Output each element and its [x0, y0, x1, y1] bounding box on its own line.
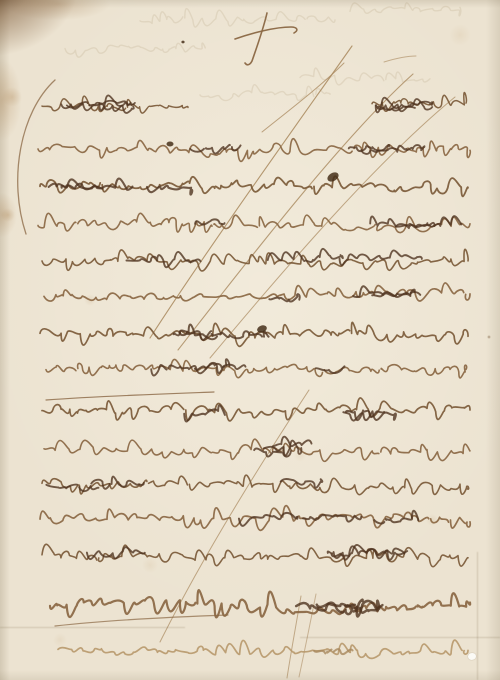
text-line-5-emphasis: [268, 249, 343, 262]
text-line-8: [46, 359, 467, 377]
text-line-3-emphasis: [49, 184, 103, 190]
text-line-13: [42, 544, 468, 566]
text-line-10: [44, 439, 470, 461]
underline-line-14: [55, 615, 228, 626]
text-line-8-emphasis: [151, 359, 229, 375]
text-line-14: [50, 590, 470, 617]
text-line-12-emphasis: [303, 515, 361, 522]
text-line-15: [58, 640, 468, 658]
ghost-line-2: [65, 43, 205, 57]
ghost-line-3: [350, 3, 461, 16]
manuscript-page: [0, 0, 500, 680]
text-line-8-emphasis: [316, 366, 345, 373]
ink-blot-3: [167, 142, 174, 147]
text-line-4: [38, 213, 470, 232]
text-line-11-emphasis: [46, 485, 98, 492]
text-line-4-emphasis: [370, 216, 434, 227]
text-line-9: [42, 398, 470, 421]
text-line-12-emphasis: [374, 511, 418, 524]
text-line-4-emphasis: [195, 219, 224, 224]
fan-stroke-2: [178, 74, 413, 350]
ink-blot-4: [181, 41, 184, 44]
top-right-tick: [384, 56, 416, 62]
text-line-8-emphasis: [195, 364, 246, 370]
cross-mark-stroke-2: [235, 27, 297, 39]
underline-line-8: [46, 392, 214, 400]
left-paren-flourish: [18, 80, 55, 234]
text-line-12-emphasis: [239, 513, 298, 526]
text-line-6: [44, 283, 470, 301]
text-line-13-emphasis: [328, 545, 408, 560]
ghost-line-1: [140, 9, 335, 27]
text-line-5-emphasis: [340, 250, 422, 265]
bottom-vertical-1: [287, 596, 301, 678]
handwriting-ink-layer: [0, 0, 500, 680]
text-line-11: [42, 475, 469, 495]
text-line-11-emphasis: [281, 479, 323, 488]
